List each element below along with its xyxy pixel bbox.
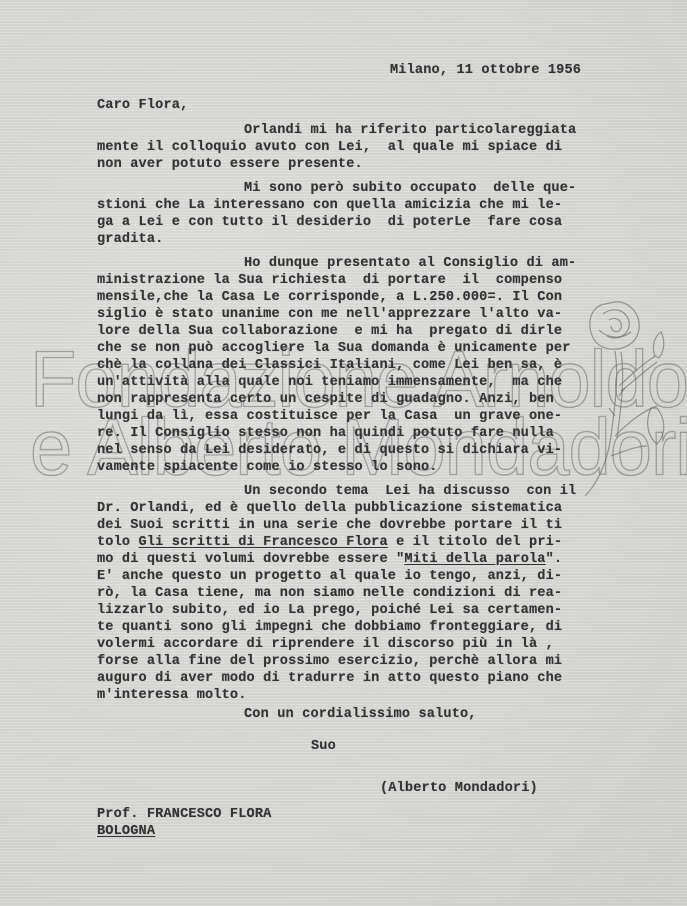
- recipient-name: Prof. FRANCESCO FLORA: [97, 806, 271, 823]
- underlined-title: Gli scritti di Francesco Flora: [139, 535, 388, 550]
- text-line: forse alla fine del prossimo esercizio, …: [97, 653, 562, 670]
- text-line: non aver potuto essere presente.: [97, 156, 363, 173]
- text-line: lore della Sua collaborazione e mi ha pr…: [97, 323, 562, 340]
- text-line: stioni che La interessano con quella ami…: [97, 197, 562, 214]
- text-line: lizzarlo subito, ed io La prego, poiché …: [97, 602, 562, 619]
- salutation: Caro Flora,: [97, 97, 188, 114]
- text-line: un'attività alla quale noi teniamo immen…: [97, 374, 562, 391]
- text-line: auguro di aver modo di tradurre in atto …: [97, 670, 562, 687]
- text-line: non rappresenta certo un cespite di guad…: [97, 391, 554, 408]
- sign-off: Suo: [311, 738, 336, 755]
- text-fragment: e il titolo del pri-: [388, 535, 562, 550]
- text-line: ministrazione la Sua richiesta di portar…: [97, 272, 562, 289]
- text-line: m'interessa molto.: [97, 687, 247, 704]
- text-line: Ho dunque presentato al Consiglio di am-: [244, 255, 576, 272]
- text-fragment: tolo: [97, 535, 139, 550]
- text-line: Un secondo tema Lei ha discusso con il: [244, 483, 576, 500]
- closing: Con un cordialissimo saluto,: [244, 706, 477, 723]
- text-line: siglio è stato unanime con me nell'appre…: [97, 306, 562, 323]
- text-line: gradita.: [97, 231, 163, 248]
- text-line: Mi sono però subito occupato delle que-: [244, 180, 576, 197]
- underlined-title: Miti della parola: [404, 552, 545, 567]
- text-line: Dr. Orlandi, ed è quello della pubblicaz…: [97, 500, 562, 517]
- text-line: lungi da lì, essa costituisce per la Cas…: [97, 408, 562, 425]
- text-line: dei Suoi scritti in una serie che dovreb…: [97, 517, 562, 534]
- text-fragment: ".: [546, 552, 563, 567]
- text-line: che se non può accogliere la Sua domanda…: [97, 340, 571, 357]
- text-line: ga a Lei e con tutto il desiderio di pot…: [97, 214, 562, 231]
- text-line: E' anche questo un progetto al quale io …: [97, 568, 562, 585]
- text-line: te quanti sono gli impegni che dobbiamo …: [97, 619, 562, 636]
- signature: (Alberto Mondadori): [380, 780, 538, 797]
- text-line: mente il colloquio avuto con Lei, al qua…: [97, 139, 562, 156]
- text-line: rò, la Casa tiene, ma non siamo nelle co…: [97, 585, 562, 602]
- text-line-with-title: mo di questi volumi dovrebbe essere "Mit…: [97, 551, 562, 568]
- text-line: mensile,che la Casa Le corrisponde, a L.…: [97, 289, 562, 306]
- text-line: nel senso da Lei desiderato, e di questo…: [97, 442, 562, 459]
- text-line: re. Il Consiglio stesso non ha quindi po…: [97, 425, 554, 442]
- text-fragment: mo di questi volumi dovrebbe essere ": [97, 552, 404, 567]
- text-line: chè la collana dei Classici Italiani, co…: [97, 357, 562, 374]
- text-line: vamente spiacente come io stesso lo sono…: [97, 459, 438, 476]
- date-line: Milano, 11 ottobre 1956: [390, 62, 581, 79]
- text-line: Orlandi mi ha riferito particolareggiata: [244, 122, 576, 139]
- recipient-city: BOLOGNA: [97, 823, 155, 840]
- text-line-with-title: tolo Gli scritti di Francesco Flora e il…: [97, 534, 562, 551]
- text-line: volermi accordare di riprendere il disco…: [97, 636, 554, 653]
